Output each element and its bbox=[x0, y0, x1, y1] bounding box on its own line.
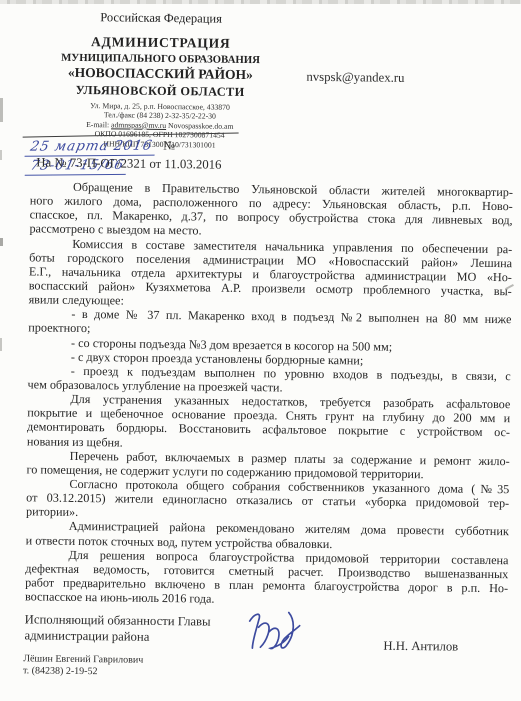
letterhead-country: Российская Федерация bbox=[42, 9, 280, 27]
number-sign: № bbox=[163, 138, 175, 152]
signatory-position-line-2: администрации района bbox=[24, 628, 210, 646]
letterhead: Российская Федерация АДМИНИСТРАЦИЯ МУНИЦ… bbox=[40, 9, 280, 150]
letter-body: Обращение в Правительство Ульяновской об… bbox=[25, 179, 513, 609]
handwritten-date: 25 марта 2016 bbox=[24, 138, 158, 157]
letterhead-email-label: E-mail: bbox=[86, 120, 109, 129]
signatory-name: Н.Н. Антилов bbox=[383, 639, 458, 655]
letterhead-org-name-1: АДМИНИСТРАЦИЯ bbox=[42, 33, 280, 52]
signature-scribble bbox=[239, 605, 312, 658]
executor-name: Лёшин Евгений Гаврилович bbox=[23, 653, 143, 666]
letterhead-org-name-3: «НОВОСПАССКИЙ РАЙОН» bbox=[41, 64, 279, 83]
signatory-position-line-1: Исполняющий обязанности Главы bbox=[25, 612, 211, 630]
letterhead-org-name-4: УЛЬЯНОВСКОЙ ОБЛАСТИ bbox=[41, 82, 279, 100]
executor-block: Лёшин Евгений Гаврилович т. (84238) 2-19… bbox=[23, 653, 143, 678]
letterhead-site: Novospasskoe.do.am bbox=[168, 121, 233, 131]
letter-content: Российская Федерация АДМИНИСТРАЦИЯ МУНИЦ… bbox=[0, 0, 521, 701]
sender-email: nvspsk@yandex.ru bbox=[306, 70, 404, 86]
scanned-letter-page: Российская Федерация АДМИНИСТРАЦИЯ МУНИЦ… bbox=[0, 0, 521, 701]
reply-reference: На № 73-П-ОГ/2321 от 11.03.2016 bbox=[36, 155, 221, 172]
signatory-position: Исполняющий обязанности Главы администра… bbox=[24, 612, 210, 645]
letterhead-email: admnspas@mv.ru bbox=[111, 120, 166, 130]
executor-phone: т. (84238) 2-19-52 bbox=[23, 665, 143, 678]
